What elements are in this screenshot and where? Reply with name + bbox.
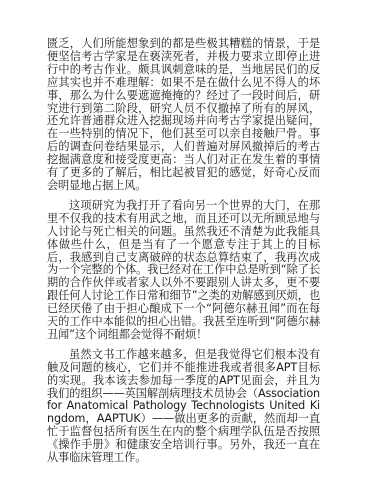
paragraph-2: 这项研究为我打开了看向另一个世界的大门，在那里不仅我的技术有用武之地，而且还可以… (47, 200, 320, 342)
document-page: 匮乏，人们所能想象到的都是些极其糟糕的情景，于是便坚信考古学家是在亵渎死者，并极… (47, 38, 320, 465)
paragraph-3: 虽然文书工作越来越多，但是我觉得它们根本没有触及问题的核心，它们并不能推进我或者… (47, 349, 320, 465)
paragraph-1: 匮乏，人们所能想象到的都是些极其糟糕的情景，于是便坚信考古学家是在亵渎死者，并极… (47, 38, 320, 193)
